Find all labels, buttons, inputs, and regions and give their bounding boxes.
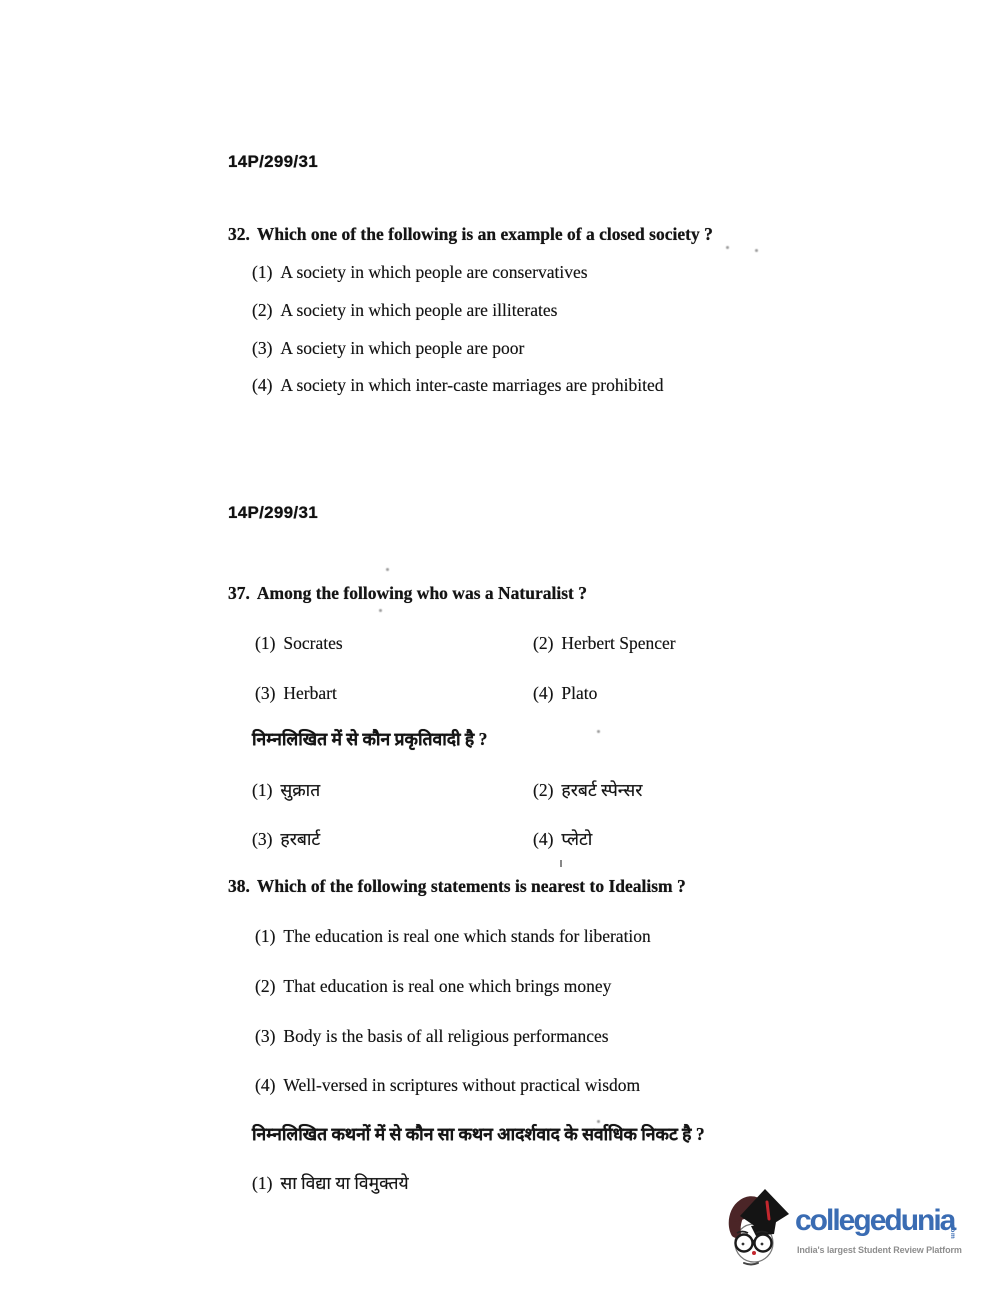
q32-option-1-number: (1) [252, 262, 272, 282]
q37-option-3-text: Herbart [283, 683, 336, 703]
q37-hindi-option-1-text: सुक्रात [280, 780, 320, 800]
q37-hindi-option-1-number: (1) [252, 780, 272, 800]
q32-option-2-number: (2) [252, 300, 272, 320]
q38-option-1: (1)The education is real one which stand… [255, 926, 651, 947]
collegedunia-mascot-icon [718, 1182, 790, 1277]
collegedunia-brand-text: collegedunia [795, 1206, 954, 1236]
q37-hindi-option-2: (2)हरबर्ट स्पेन्सर [533, 778, 642, 802]
q38-option-3: (3)Body is the basis of all religious pe… [255, 1026, 609, 1047]
scan-artifact-dot [386, 568, 389, 571]
q32-option-1-text: A society in which people are conservati… [280, 262, 587, 282]
paper-code-top: 14P/299/31 [228, 152, 318, 172]
q37-option-4-number: (4) [533, 683, 553, 703]
q32-option-2: (2)A society in which people are illiter… [252, 300, 557, 321]
q38-option-4-text: Well-versed in scriptures without practi… [283, 1075, 640, 1095]
question-32: 32.Which one of the following is an exam… [228, 224, 713, 245]
scan-artifact-dot [597, 1120, 600, 1123]
q37-hindi-option-3: (3)हरबार्ट [252, 827, 320, 851]
q37-option-2-number: (2) [533, 633, 553, 653]
q38-hindi-option-1-number: (1) [252, 1173, 272, 1193]
q37-hindi-option-4-text: प्लेटो [561, 829, 592, 849]
q37-hindi-option-1: (1)सुक्रात [252, 778, 320, 802]
q32-option-4-number: (4) [252, 375, 272, 395]
q37-option-2-text: Herbert Spencer [561, 633, 675, 653]
q37-option-3-number: (3) [255, 683, 275, 703]
question-37-hindi: निम्नलिखित में से कौन प्रकृतिवादी है ? [252, 727, 487, 751]
q37-hindi-option-4-number: (4) [533, 829, 553, 849]
q37-option-3: (3)Herbart [255, 683, 337, 704]
q37-hindi-option-4: (4)प्लेटो [533, 827, 592, 851]
paper-code-middle: 14P/299/31 [228, 503, 318, 523]
q32-option-3-number: (3) [252, 338, 272, 358]
scan-artifact-dot [597, 730, 600, 733]
question-38-text: Which of the following statements is nea… [257, 876, 686, 896]
q32-option-3-text: A society in which people are poor [280, 338, 524, 358]
scan-artifact-dot [379, 609, 382, 612]
question-37-text: Among the following who was a Naturalist… [257, 583, 587, 603]
q32-option-4-text: A society in which inter-caste marriages… [280, 375, 663, 395]
q32-option-1: (1)A society in which people are conserv… [252, 262, 588, 283]
question-37: 37.Among the following who was a Natural… [228, 583, 587, 604]
q37-hindi-option-3-number: (3) [252, 829, 272, 849]
question-38-hindi: निम्नलिखित कथनों में से कौन सा कथन आदर्श… [252, 1122, 705, 1146]
q38-option-2-text: That education is real one which brings … [283, 976, 611, 996]
question-37-number: 37. [228, 583, 250, 603]
q38-option-3-text: Body is the basis of all religious perfo… [283, 1026, 608, 1046]
q38-option-4: (4)Well-versed in scriptures without pra… [255, 1075, 640, 1096]
q37-option-4-text: Plato [561, 683, 597, 703]
q38-option-3-number: (3) [255, 1026, 275, 1046]
scanned-exam-page: 14P/299/31 32.Which one of the following… [0, 0, 993, 1303]
q37-hindi-option-2-text: हरबर्ट स्पेन्सर [561, 780, 642, 800]
question-32-text: Which one of the following is an example… [257, 224, 713, 244]
question-38: 38.Which of the following statements is … [228, 876, 686, 897]
q38-option-1-number: (1) [255, 926, 275, 946]
q32-option-2-text: A society in which people are illiterate… [280, 300, 557, 320]
q37-hindi-option-2-number: (2) [533, 780, 553, 800]
scan-artifact-tick [560, 860, 562, 867]
collegedunia-logo[interactable]: collegedunia .com India's largest Studen… [718, 1182, 970, 1277]
q38-hindi-option-1: (1)सा विद्या या विमुक्तये [252, 1171, 409, 1195]
q38-option-2: (2)That education is real one which brin… [255, 976, 611, 997]
q38-option-4-number: (4) [255, 1075, 275, 1095]
collegedunia-tld-text: .com [949, 1222, 956, 1239]
scan-artifact-dot [726, 246, 729, 249]
question-38-number: 38. [228, 876, 250, 896]
q37-option-4: (4)Plato [533, 683, 597, 704]
q37-option-2: (2)Herbert Spencer [533, 633, 676, 654]
q32-option-3: (3)A society in which people are poor [252, 338, 524, 359]
q37-option-1-text: Socrates [283, 633, 342, 653]
question-32-number: 32. [228, 224, 250, 244]
scan-artifact-dot [755, 249, 758, 252]
q37-hindi-option-3-text: हरबार्ट [280, 829, 320, 849]
q37-option-1: (1)Socrates [255, 633, 343, 654]
q38-option-1-text: The education is real one which stands f… [283, 926, 650, 946]
q38-hindi-option-1-text: सा विद्या या विमुक्तये [280, 1173, 408, 1193]
q37-option-1-number: (1) [255, 633, 275, 653]
q38-option-2-number: (2) [255, 976, 275, 996]
q32-option-4: (4)A society in which inter-caste marria… [252, 375, 663, 396]
collegedunia-tagline: India's largest Student Review Platform [797, 1245, 962, 1255]
